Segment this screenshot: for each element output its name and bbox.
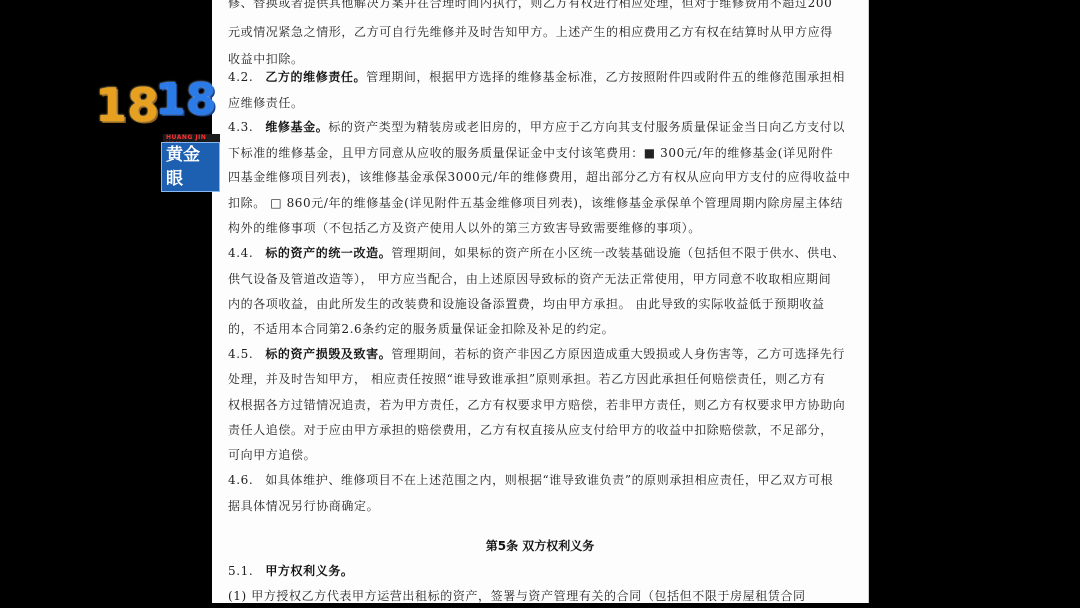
- section-title: 标的资产的统一改造。: [265, 246, 391, 260]
- text-line: 权根据各方过错情况追责，若为甲方责任，乙方有权要求甲方赔偿，若非甲方责任，则乙方…: [228, 396, 845, 413]
- section-text: 管理期间，根据甲方选择的维修基金标准，乙方按照附件四或附件五的维修范围承担相: [366, 70, 845, 84]
- text-line: (1) 甲方授权乙方代表甲方运营出租标的资产，签署与资产管理有关的合同（包括但不…: [228, 587, 806, 604]
- section-title: 甲方权利义务。: [265, 564, 353, 578]
- text-line: 责任人追偿。对于应由甲方承担的赔偿费用，乙方有权直接从应支付给甲方的收益中扣除赔…: [228, 421, 833, 438]
- section-title: 标的资产损毁及致害。: [265, 347, 391, 361]
- text-line: 的，不适用本合同第2.6条约定的服务质量保证金扣除及补足的约定。: [228, 320, 614, 337]
- subsection-5-1: 5.1.甲方权利义务。: [228, 562, 354, 579]
- section-title: 乙方的维修责任。: [265, 70, 366, 84]
- section-number: 5.1.: [228, 564, 253, 578]
- text-line: 内的各项收益，由此所发生的改装费和设施设备添置费，均由甲方承担。 由此导致的实际…: [228, 295, 825, 312]
- text-line: 扣除。 □ 860元/年的维修基金(详见附件五基金维修项目列表)，该维修基金承保…: [228, 194, 843, 211]
- text-line: 应维修责任。: [228, 94, 304, 111]
- article-heading: 第5条 双方权利义务: [212, 537, 868, 554]
- document-page: 修、替换或者提供其他解决方案并在合理时间内执行，则乙方有权进行相应处理，但对于维…: [212, 0, 869, 603]
- logo-name: 黄金眼: [161, 142, 220, 192]
- text-line: 下标准的维修基金，且甲方同意从应收的服务质量保证金中支付该笔费用：■ 300元/…: [228, 144, 833, 161]
- section-text: 如具体维护、维修项目不在上述范围之内，则根据“谁导致谁负责”的原则承担相应责任，…: [265, 473, 833, 487]
- section-number: 4.5.: [228, 347, 253, 361]
- text-line: 可向甲方追偿。: [228, 446, 316, 463]
- section-4-6-line-1: 4.6.如具体维护、维修项目不在上述范围之内，则根据“谁导致谁负责”的原则承担相…: [228, 471, 833, 488]
- section-number: 4.2.: [228, 70, 253, 84]
- text-line: 据具体情况另行协商确定。: [228, 497, 379, 514]
- section-4-4-line-1: 4.4.标的资产的统一改造。管理期间，如果标的资产所在小区统一改装基础设施（包括…: [228, 244, 845, 261]
- text-line: 元或情况紧急之情形，乙方可自行先维修并及时告知甲方。上述产生的相应费用乙方有权在…: [228, 23, 833, 40]
- section-number: 4.4.: [228, 246, 253, 260]
- logo-digits-blue: 18: [155, 78, 216, 122]
- text-line: 处理，并及时告知甲方， 相应责任按照“谁导致谁承担”原则承担。若乙方因此承担任何…: [228, 370, 826, 387]
- text-line: 供气设备及管道改造等）， 甲方应当配合，由上述原因导致标的资产无法正常使用，甲方…: [228, 270, 831, 287]
- channel-logo: 18 18 HUANG JIN YAN 黄金眼: [95, 82, 220, 168]
- section-text: 管理期间，若标的资产非因乙方原因造成重大毁损或人身伤害等，乙方可选择先行: [391, 347, 845, 361]
- section-text: 管理期间，如果标的资产所在小区统一改装基础设施（包括但不限于供水、供电、: [391, 246, 845, 260]
- section-4-3-line-1: 4.3.维修基金。标的资产类型为精装房或老旧房的，甲方应于乙方向其支付服务质量保…: [228, 118, 845, 135]
- section-number: 4.3.: [228, 120, 253, 134]
- section-text: 标的资产类型为精装房或老旧房的，甲方应于乙方向其支付服务质量保证金当日向乙方支付…: [328, 120, 845, 134]
- text-line: 收益中扣除。: [228, 50, 304, 67]
- section-4-2-line-1: 4.2.乙方的维修责任。管理期间，根据甲方选择的维修基金标准，乙方按照附件四或附…: [228, 68, 845, 85]
- section-4-5-line-1: 4.5.标的资产损毁及致害。管理期间，若标的资产非因乙方原因造成重大毁损或人身伤…: [228, 345, 845, 362]
- text-line: 修、替换或者提供其他解决方案并在合理时间内执行，则乙方有权进行相应处理，但对于维…: [228, 0, 832, 11]
- text-line: 构外的维修事项（不包括乙方及资产使用人以外的第三方致害导致需要维修的事项）。: [228, 219, 701, 236]
- logo-digits-gold: 18: [95, 82, 159, 128]
- text-line: 四基金维修项目列表)，该维修基金承保3000元/年的维修费用，超出部分乙方有权从…: [228, 168, 850, 185]
- section-number: 4.6.: [228, 473, 253, 487]
- section-title: 维修基金。: [265, 120, 328, 134]
